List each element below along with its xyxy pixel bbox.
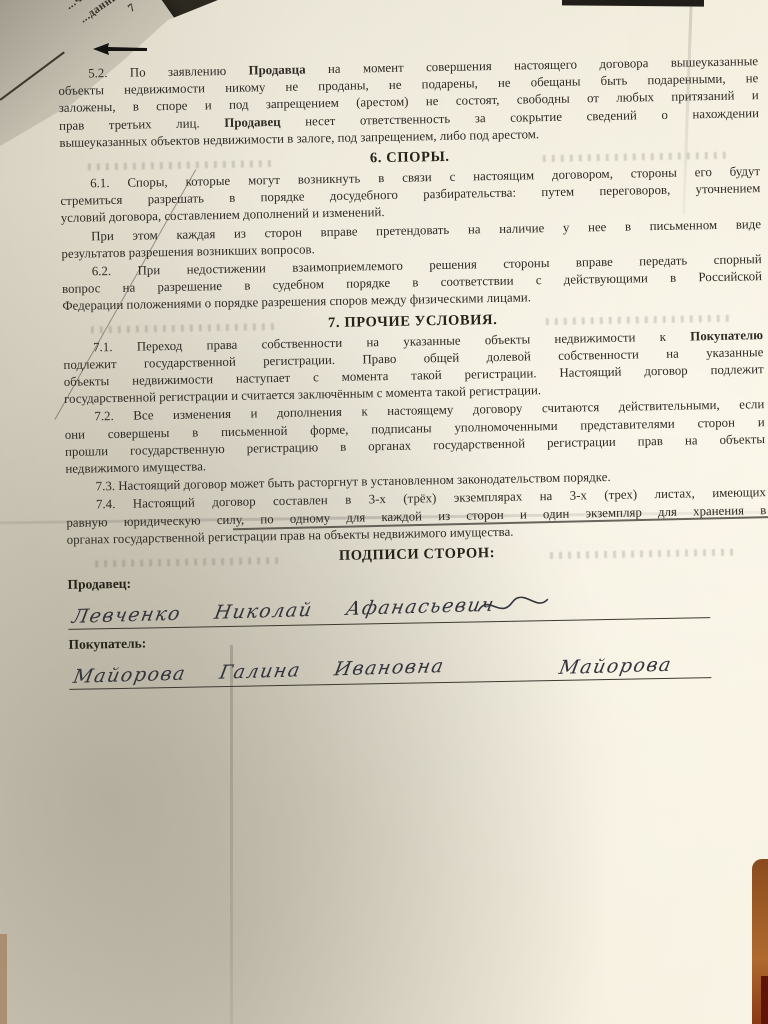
photographed-contract-page: ...тельно ...ниями, ...чения, у ...данны… <box>0 0 768 1024</box>
seller-signature-flourish <box>476 596 550 617</box>
text-run: прав третьих лиц. <box>59 116 224 133</box>
table-wood-edge-left <box>0 934 7 1024</box>
pen-arrow-mark <box>93 42 149 56</box>
paragraph: 7.2. Все изменения и дополнения к настоя… <box>64 397 765 479</box>
text-run: 7. ПРОЧИЕ УСЛОВИЯ. <box>328 312 498 331</box>
text-run: 6. СПОРЫ. <box>370 149 450 166</box>
text-run: результатов разрешения возникших вопросо… <box>61 242 315 261</box>
buyer-signature-handwriting: Майорова Галина Ивановна <box>71 655 446 688</box>
underlying-page-text-fragments: ...тельно ...ниями, ...чения, у ...данны… <box>40 0 140 47</box>
bold-term: Продавца <box>248 62 305 77</box>
contract-sections: 5.2. По заявлению Продавца на момент сов… <box>58 53 767 570</box>
contract-text-block: 5.2. По заявлению Продавца на момент сов… <box>58 53 768 690</box>
text-run: 5.2. По заявлению <box>88 64 249 81</box>
table-wood-edge-dark <box>761 976 768 1024</box>
bold-term: Продавец <box>224 115 281 130</box>
paragraph: 5.2. По заявлению Продавца на момент сов… <box>58 53 759 152</box>
buyer-surname-signature: Майорова <box>557 654 674 679</box>
bold-term: Покупателю <box>690 328 763 343</box>
paragraph: 7.1. Переход права собственности на указ… <box>63 327 764 409</box>
text-run: ПОДПИСИ СТОРОН: <box>339 545 495 564</box>
seller-signature-handwriting: Левченко Николай Афанасьевич <box>70 594 496 628</box>
text-run: недвижимого имущества. <box>65 459 206 476</box>
